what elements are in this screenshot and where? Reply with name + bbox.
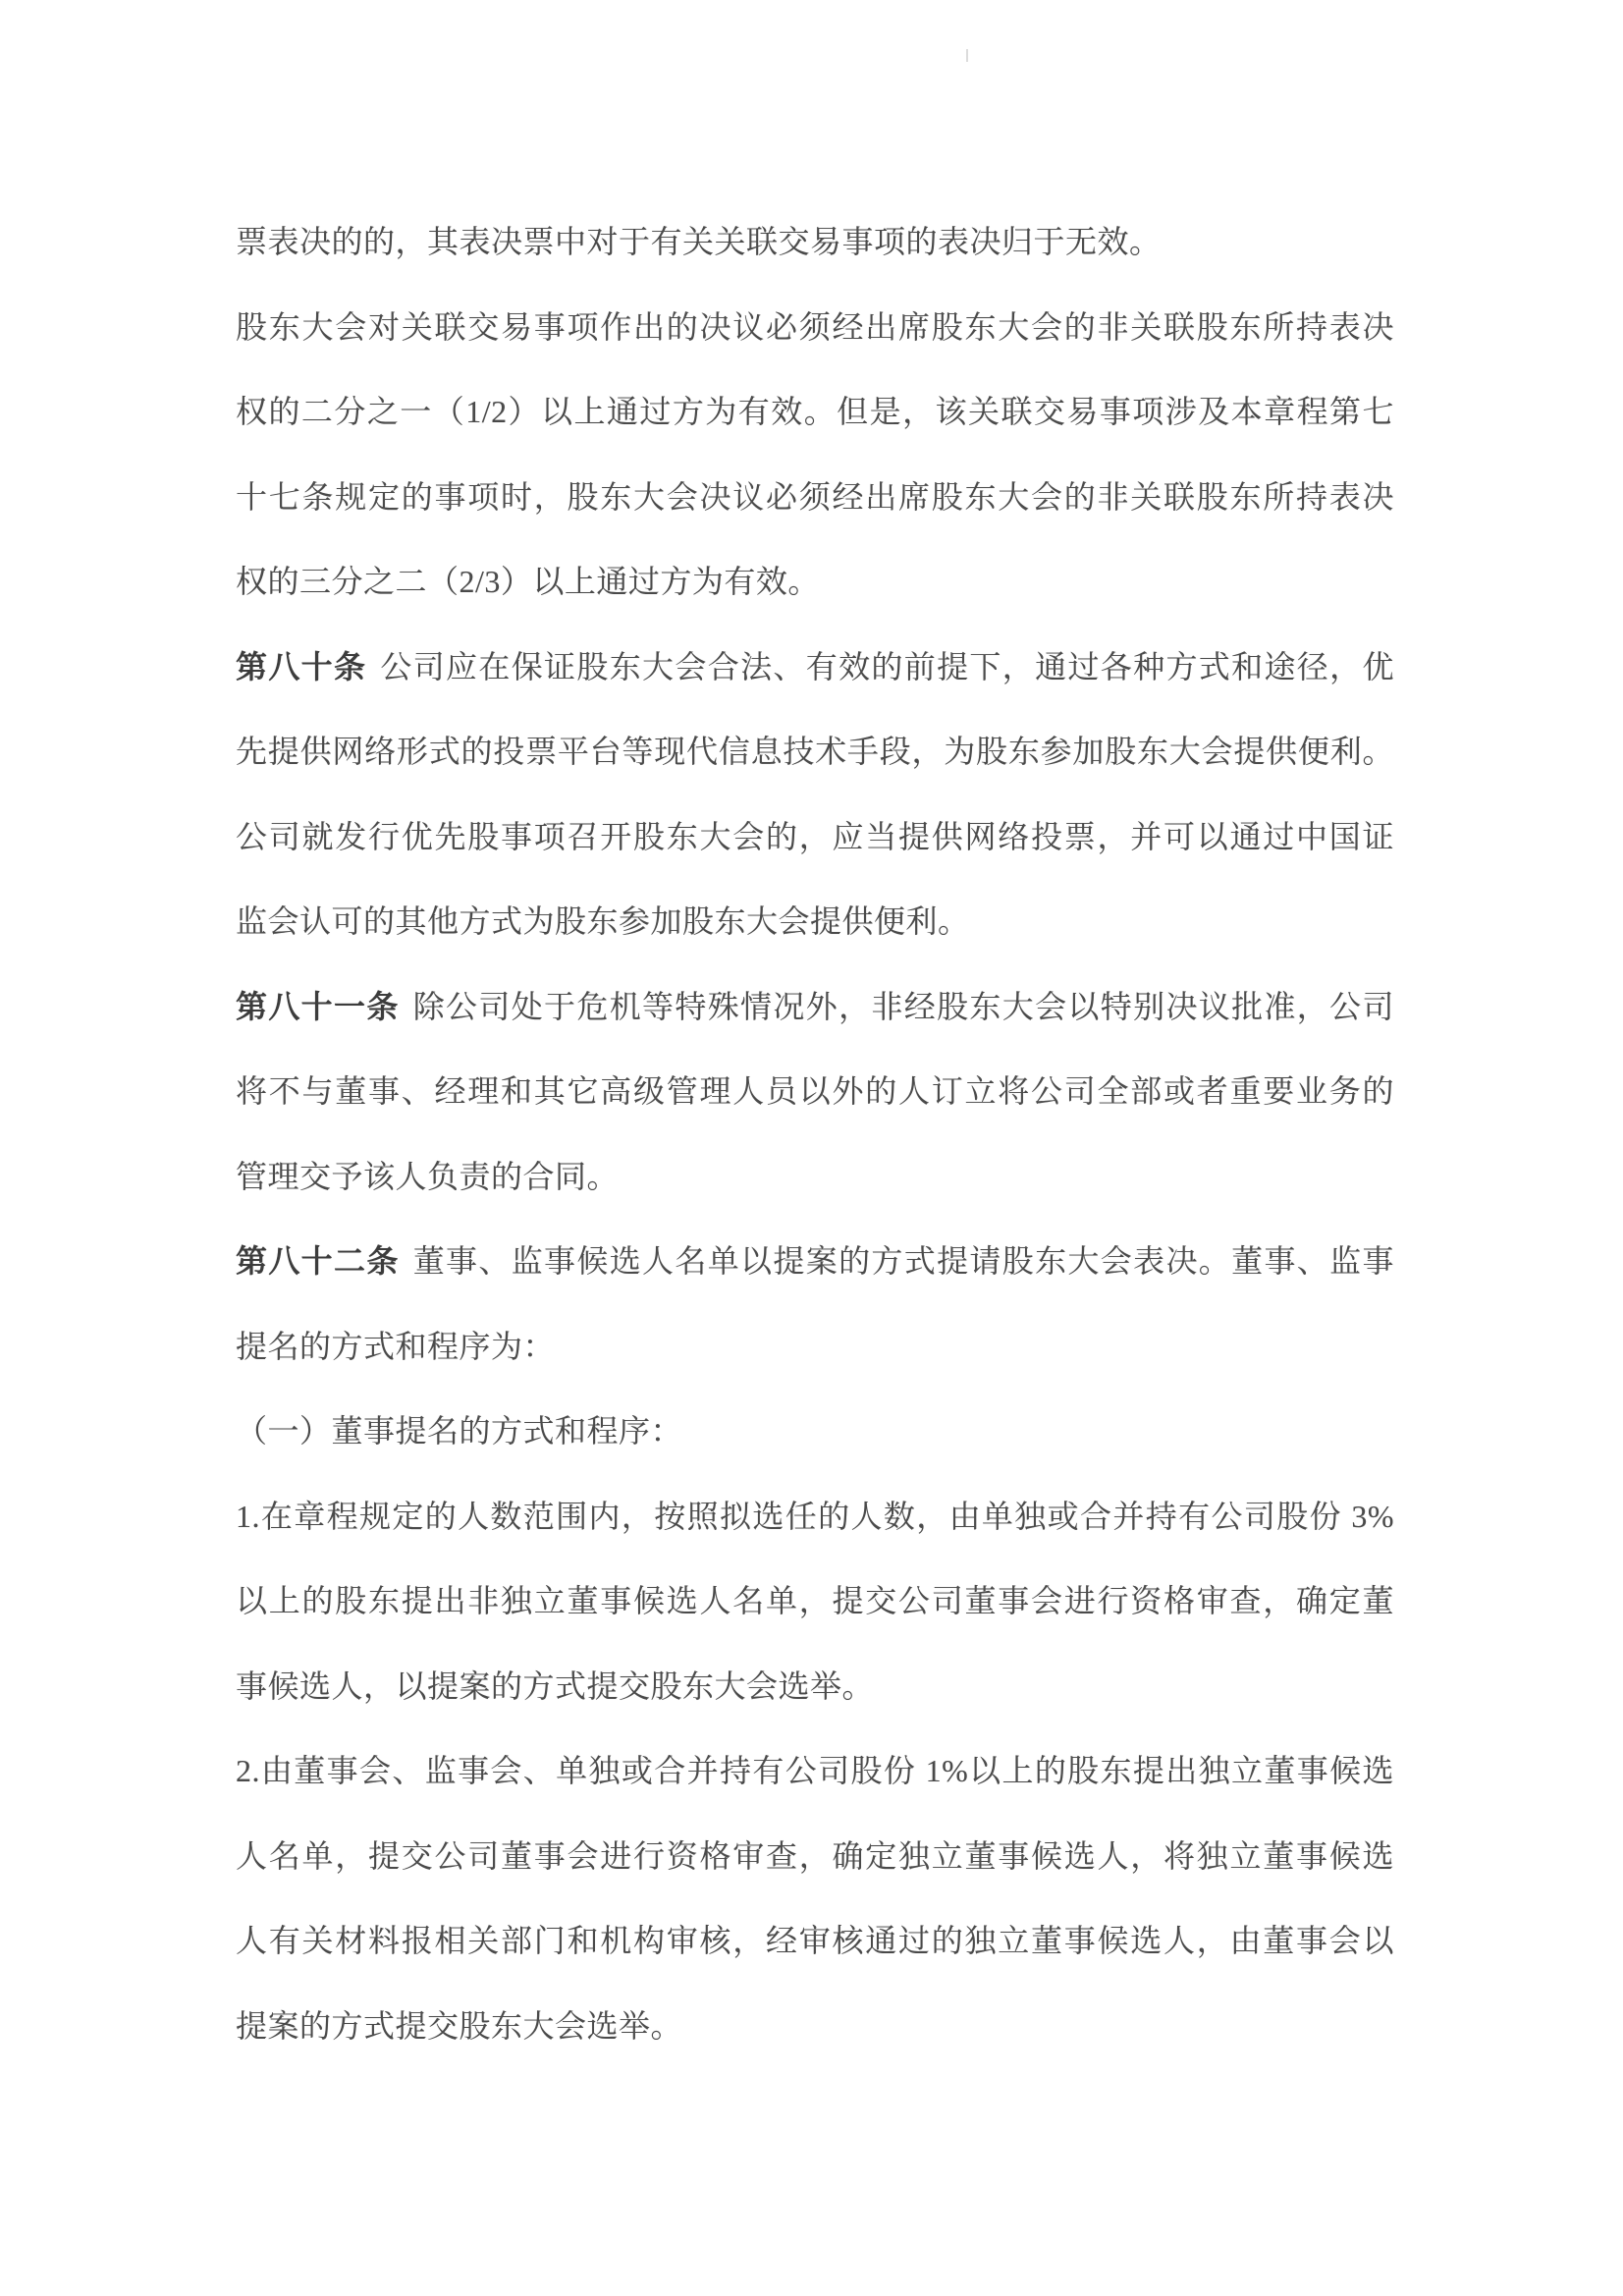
line-text: 除公司处于危机等特殊情况外，非经股东大会以特别决议批准，公司 — [413, 989, 1394, 1024]
line-text: 人名单，提交公司董事会进行资格审查，确定独立董事候选人，将独立董事候选 — [236, 1838, 1394, 1874]
scan-artifact — [966, 49, 968, 62]
document-text-block: 票表决的的，其表决票中对于有关关联交易事项的表决归于无效。 股东大会对关联交易事… — [236, 199, 1394, 2068]
line-text: 提案的方式提交股东大会选举。 — [236, 2008, 682, 2044]
article-number: 第八十二条 — [236, 1243, 413, 1279]
text-line: 权的二分之一（1/2）以上通过方为有效。但是，该关联交易事项涉及本章程第七 — [236, 369, 1394, 455]
line-text: 监会认可的其他方式为股东参加股东大会提供便利。 — [236, 903, 970, 939]
line-text: （一）董事提名的方式和程序： — [236, 1413, 682, 1449]
line-text: 管理交予该人负责的合同。 — [236, 1159, 619, 1194]
line-text: 提名的方式和程序为： — [236, 1329, 555, 1364]
text-line: 2.由董事会、监事会、单独或合并持有公司股份 1%以上的股东提出独立董事候选 — [236, 1728, 1394, 1814]
text-line: 提名的方式和程序为： — [236, 1304, 1394, 1390]
line-text: 事候选人，以提案的方式提交股东大会选举。 — [236, 1668, 874, 1704]
text-line: 监会认可的其他方式为股东参加股东大会提供便利。 — [236, 879, 1394, 964]
text-line: 提案的方式提交股东大会选举。 — [236, 1984, 1394, 2069]
text-line: 票表决的的，其表决票中对于有关关联交易事项的表决归于无效。 — [236, 199, 1394, 285]
text-line: 股东大会对关联交易事项作出的决议必须经出席股东大会的非关联股东所持表决 — [236, 285, 1394, 370]
line-text: 股东大会对关联交易事项作出的决议必须经出席股东大会的非关联股东所持表决 — [236, 309, 1394, 345]
text-line: 将不与董事、经理和其它高级管理人员以外的人订立将公司全部或者重要业务的 — [236, 1049, 1394, 1134]
line-text: 权的二分之一（1/2）以上通过方为有效。但是，该关联交易事项涉及本章程第七 — [236, 394, 1394, 429]
text-line: 人名单，提交公司董事会进行资格审查，确定独立董事候选人，将独立董事候选 — [236, 1814, 1394, 1899]
text-line: 第八十条公司应在保证股东大会合法、有效的前提下，通过各种方式和途径，优 — [236, 625, 1394, 710]
line-text: 公司就发行优先股事项召开股东大会的，应当提供网络投票，并可以通过中国证 — [236, 819, 1394, 854]
scanned-document-page: 票表决的的，其表决票中对于有关关联交易事项的表决归于无效。 股东大会对关联交易事… — [0, 0, 1623, 2296]
article-number: 第八十条 — [236, 649, 380, 684]
article-number: 第八十一条 — [236, 989, 413, 1024]
text-line: 权的三分之二（2/3）以上通过方为有效。 — [236, 539, 1394, 625]
line-text: 权的三分之二（2/3）以上通过方为有效。 — [236, 564, 820, 599]
text-line: 人有关材料报相关部门和机构审核，经审核通过的独立董事候选人，由董事会以 — [236, 1898, 1394, 1984]
text-line: 以上的股东提出非独立董事候选人名单，提交公司董事会进行资格审查，确定董 — [236, 1558, 1394, 1644]
line-text: 1.在章程规定的人数范围内，按照拟选任的人数，由单独或合并持有公司股份 3% — [236, 1499, 1394, 1534]
text-line: 事候选人，以提案的方式提交股东大会选举。 — [236, 1644, 1394, 1729]
line-text: 公司应在保证股东大会合法、有效的前提下，通过各种方式和途径，优 — [380, 649, 1394, 684]
text-line: （一）董事提名的方式和程序： — [236, 1389, 1394, 1474]
line-text: 先提供网络形式的投票平台等现代信息技术手段，为股东参加股东大会提供便利。 — [236, 734, 1394, 769]
line-text: 十七条规定的事项时，股东大会决议必须经出席股东大会的非关联股东所持表决 — [236, 479, 1394, 515]
text-line: 先提供网络形式的投票平台等现代信息技术手段，为股东参加股东大会提供便利。 — [236, 709, 1394, 794]
line-text: 票表决的的，其表决票中对于有关关联交易事项的表决归于无效。 — [236, 224, 1162, 259]
line-text: 董事、监事候选人名单以提案的方式提请股东大会表决。董事、监事 — [413, 1243, 1394, 1279]
line-text: 2.由董事会、监事会、单独或合并持有公司股份 1%以上的股东提出独立董事候选 — [236, 1753, 1394, 1788]
text-line: 管理交予该人负责的合同。 — [236, 1134, 1394, 1220]
text-line: 第八十一条除公司处于危机等特殊情况外，非经股东大会以特别决议批准，公司 — [236, 964, 1394, 1050]
text-line: 公司就发行优先股事项召开股东大会的，应当提供网络投票，并可以通过中国证 — [236, 794, 1394, 880]
line-text: 人有关材料报相关部门和机构审核，经审核通过的独立董事候选人，由董事会以 — [236, 1923, 1394, 1958]
text-line: 第八十二条董事、监事候选人名单以提案的方式提请股东大会表决。董事、监事 — [236, 1219, 1394, 1304]
line-text: 将不与董事、经理和其它高级管理人员以外的人订立将公司全部或者重要业务的 — [236, 1073, 1394, 1109]
text-line: 1.在章程规定的人数范围内，按照拟选任的人数，由单独或合并持有公司股份 3% — [236, 1474, 1394, 1559]
line-text: 以上的股东提出非独立董事候选人名单，提交公司董事会进行资格审查，确定董 — [236, 1583, 1394, 1618]
text-line: 十七条规定的事项时，股东大会决议必须经出席股东大会的非关联股东所持表决 — [236, 455, 1394, 540]
